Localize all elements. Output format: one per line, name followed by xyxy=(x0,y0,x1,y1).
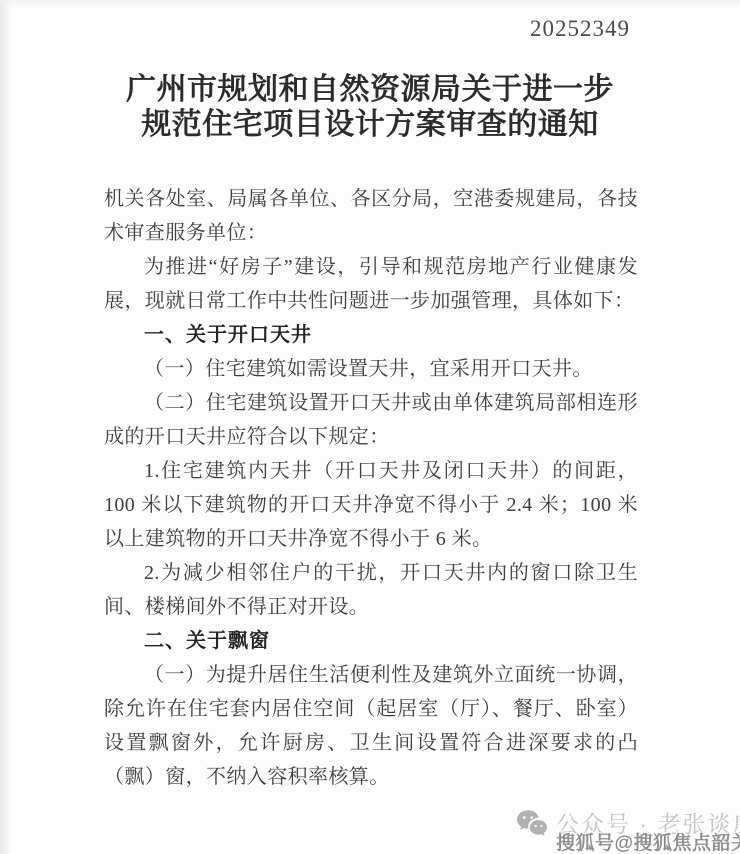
wechat-account-label: 公众号 · 老张谈房 xyxy=(556,806,740,839)
title-line-1: 广州市规划和自然资源局关于进一步 xyxy=(126,73,614,106)
paragraph: 1.住宅建筑内天井（开口天井及闭口天井）的间距，100 米以下建筑物的开口天井净… xyxy=(104,454,638,556)
paragraph: （二）住宅建筑设置开口天井或由单体建筑局部相连形成的开口天井应符合以下规定： xyxy=(104,386,638,454)
wechat-icon xyxy=(516,809,548,837)
paragraph: （一）为提升居住生活便利性及建筑外立面统一协调，除允许在住宅套内居住空间（起居室… xyxy=(104,658,638,794)
doc-number: 20252349 xyxy=(530,16,630,42)
wechat-watermark: 公众号 · 老张谈房 xyxy=(516,806,740,839)
title-line-2: 规范住宅项目设计方案审查的通知 xyxy=(141,108,599,141)
section-heading: 一、关于开口天井 xyxy=(104,318,638,352)
document-body: 机关各处室、局属各单位、各区分局，空港委规建局，各技术审查服务单位：为推进“好房… xyxy=(104,182,638,794)
scanned-notice-page: 20252349 广州市规划和自然资源局关于进一步 规范住宅项目设计方案审查的通… xyxy=(0,0,740,854)
document-title: 广州市规划和自然资源局关于进一步 规范住宅项目设计方案审查的通知 xyxy=(0,72,740,142)
section-heading: 二、关于飘窗 xyxy=(104,624,638,658)
paragraph: （一）住宅建筑如需设置天井，宜采用开口天井。 xyxy=(104,352,638,386)
sohu-account-label: 搜狐号@搜狐焦点韶关站 xyxy=(556,828,740,854)
paragraph: 2.为减少相邻住户的干扰，开口天井内的窗口除卫生间、楼梯间外不得正对开设。 xyxy=(104,556,638,624)
paragraph: 为推进“好房子”建设，引导和规范房地产行业健康发展，现就日常工作中共性问题进一步… xyxy=(104,250,638,318)
paragraph: 机关各处室、局属各单位、各区分局，空港委规建局，各技术审查服务单位： xyxy=(104,182,638,250)
